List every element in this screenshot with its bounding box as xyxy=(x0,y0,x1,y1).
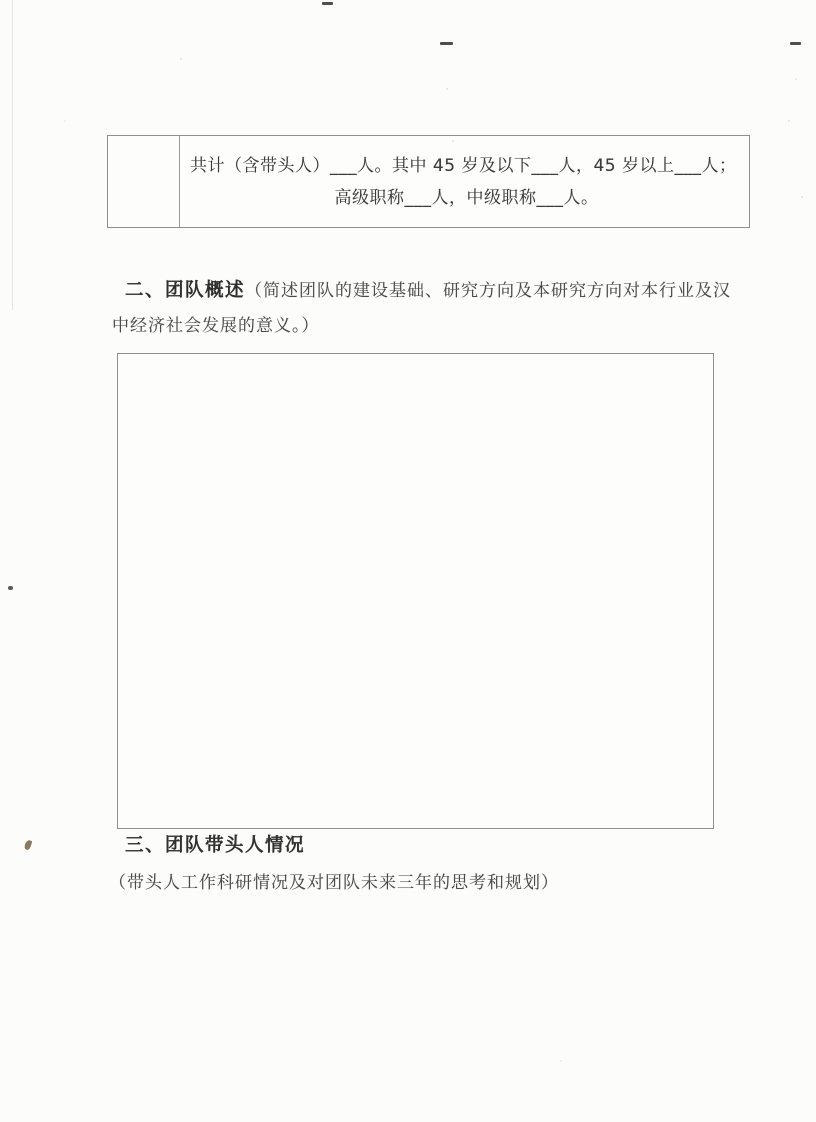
scan-speck xyxy=(180,58,182,60)
member-count-empty-cell xyxy=(108,136,180,227)
member-count-line1: 共计（含带头人）___人。其中 45 岁及以下___人，45 岁以上___人； xyxy=(190,150,743,182)
scan-speck xyxy=(795,78,797,80)
section-overview-heading: 二、团队概述 xyxy=(125,280,245,301)
scan-speck xyxy=(788,120,790,122)
scan-speck xyxy=(801,196,803,198)
scan-artifact-dot xyxy=(8,586,13,590)
scan-speck xyxy=(560,1060,562,1062)
section-leader-heading: 三、团队带头人情况 xyxy=(125,835,305,856)
scan-artifact-dash xyxy=(440,42,453,45)
member-count-line2: 高级职称___人，中级职称___人。 xyxy=(190,182,743,214)
member-count-text-cell: 共计（含带头人）___人。其中 45 岁及以下___人，45 岁以上___人； … xyxy=(180,136,749,227)
overview-answer-box xyxy=(117,353,714,829)
scan-edge-line xyxy=(12,0,13,310)
member-count-table: 共计（含带头人）___人。其中 45 岁及以下___人，45 岁以上___人； … xyxy=(107,135,750,228)
scanned-form-page: 共计（含带头人）___人。其中 45 岁及以下___人，45 岁以上___人； … xyxy=(0,0,816,1122)
scan-speck xyxy=(64,120,66,122)
scan-artifact-dash xyxy=(790,42,801,45)
scan-speck xyxy=(446,88,448,90)
scan-artifact-smudge xyxy=(24,839,33,850)
section-leader-paragraph: 三、团队带头人情况（带头人工作科研情况及对团队未来三年的思考和规划） xyxy=(109,827,749,902)
section-overview-paragraph: 二、团队概述（简述团队的建设基础、研究方向及本研究方向对本行业及汉中经济社会发展… xyxy=(112,273,736,344)
section-leader-note: （带头人工作科研情况及对团队未来三年的思考和规划） xyxy=(109,873,559,893)
scan-artifact-dash xyxy=(322,2,333,5)
